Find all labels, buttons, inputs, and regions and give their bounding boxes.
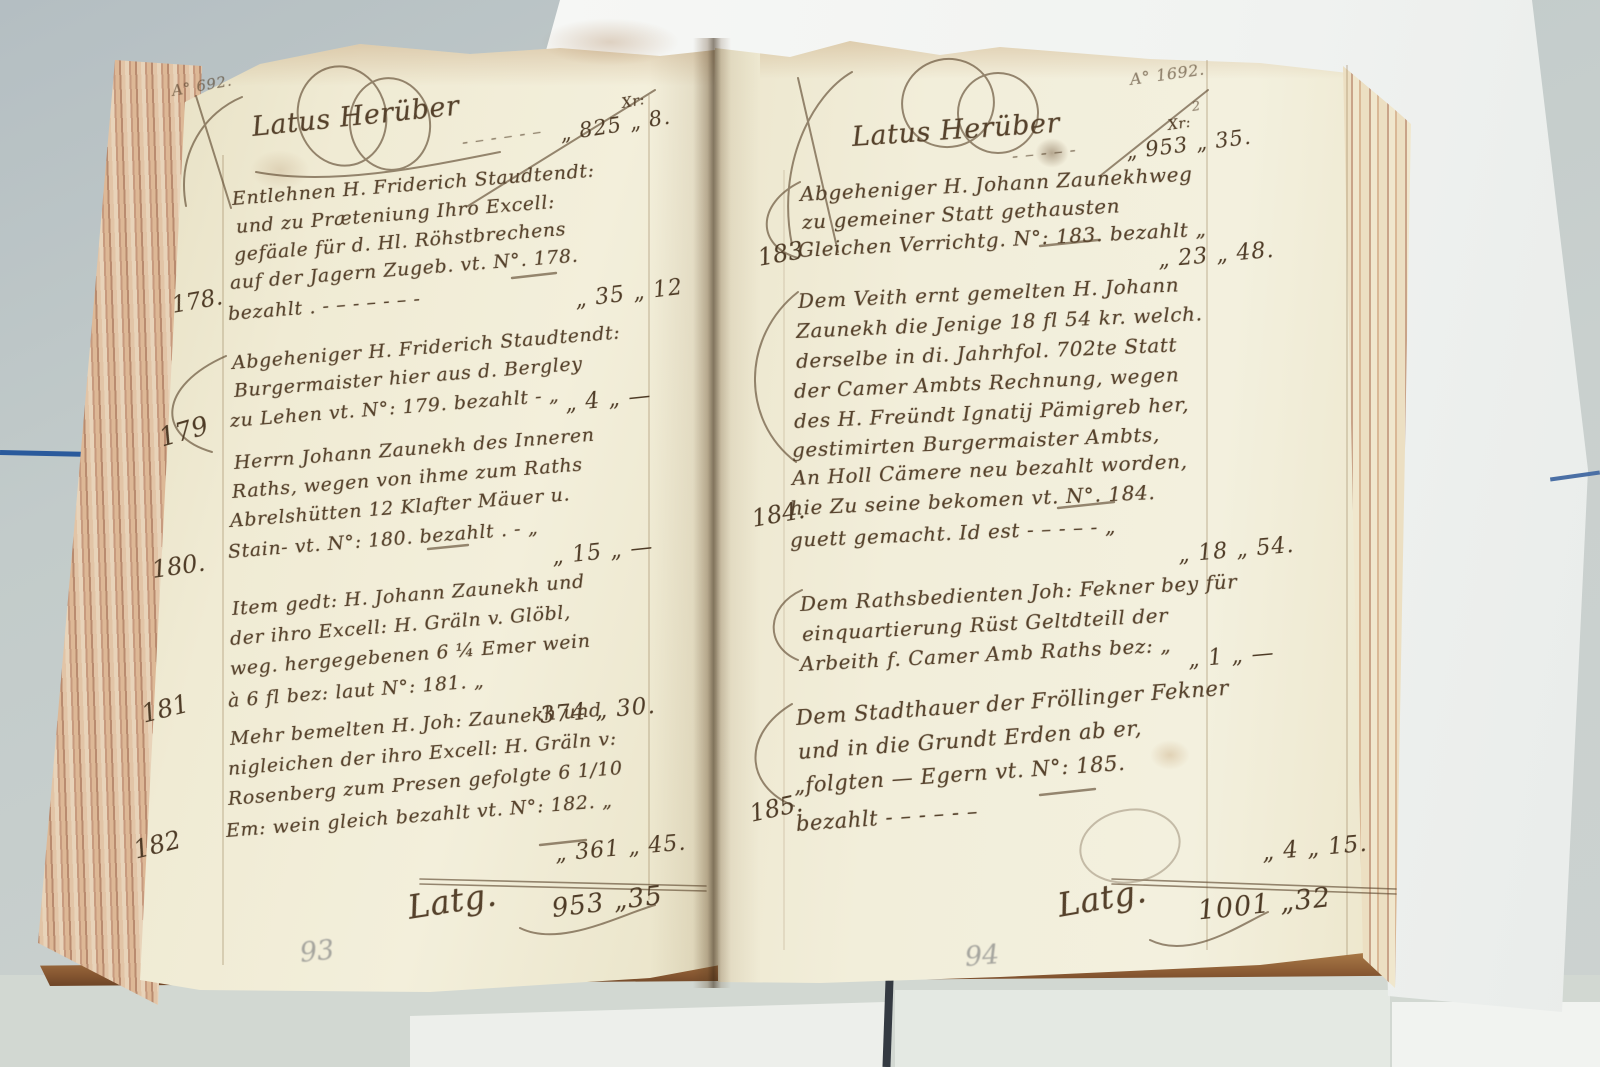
table-tile [1392, 1002, 1600, 1067]
book-gutter-shadow [693, 38, 731, 988]
page-mark: 2 [1191, 99, 1202, 115]
pencil-page-number: 93 [298, 934, 335, 968]
currency-header: Xr: [1167, 115, 1192, 134]
column-rule [783, 170, 785, 950]
photo-of-open-ledger: A° 692. Latus Herüber - – - – - – Xr: „ … [0, 0, 1600, 1067]
table-tile [895, 990, 1390, 1067]
column-rule [1206, 60, 1208, 950]
column-rule [1346, 65, 1348, 955]
column-rule [222, 155, 224, 965]
pencil-page-number: 94 [964, 940, 1000, 973]
column-rule [648, 95, 650, 900]
